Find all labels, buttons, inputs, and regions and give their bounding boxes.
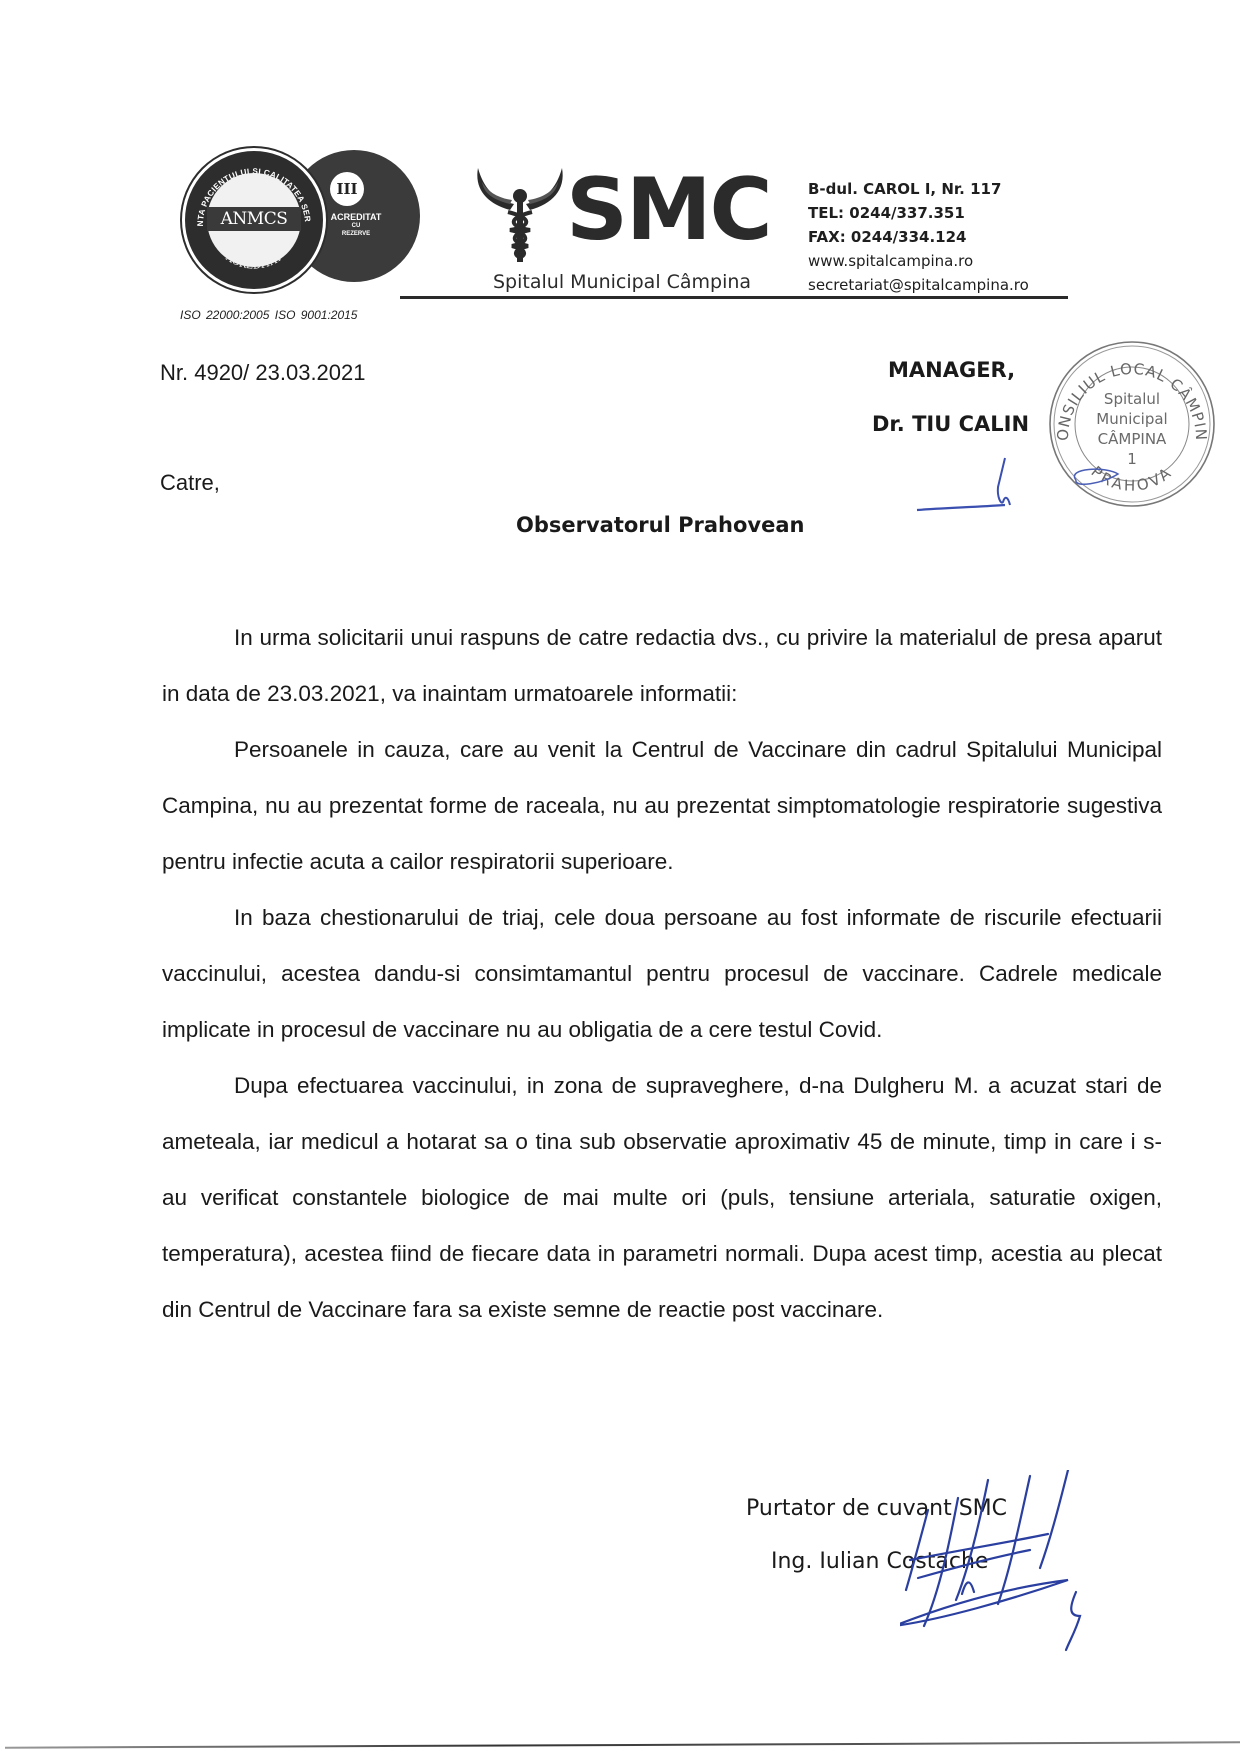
contact-email[interactable]: secretariat@spitalcampina.ro xyxy=(808,273,1029,297)
manager-name: Dr. TIU CALIN xyxy=(872,412,1029,436)
svg-text:1: 1 xyxy=(1127,450,1137,468)
contact-fax: FAX: 0244/334.124 xyxy=(808,225,1029,249)
accreditation-level: III xyxy=(330,172,364,206)
contact-website[interactable]: www.spitalcampina.ro xyxy=(808,249,1029,273)
official-stamp: CONSILIUL LOCAL CÂMPINA PRAHOVA Spitalul… xyxy=(1046,338,1216,508)
contact-tel: TEL: 0244/337.351 xyxy=(808,201,1029,225)
contact-block: B-dul. CAROL I, Nr. 117 TEL: 0244/337.35… xyxy=(808,177,1029,297)
accreditation-status: ACREDITAT CU REZERVE xyxy=(316,212,396,238)
anmcs-label: ANMCS xyxy=(207,207,301,231)
spokesperson-signature-icon xyxy=(900,1470,1160,1670)
iso-certifications: ISO 22000:2005 ISO 9001:2015 xyxy=(180,308,357,322)
manager-title: MANAGER, xyxy=(888,358,1015,382)
body-paragraph: In urma solicitarii unui raspuns de catr… xyxy=(162,610,1162,722)
hospital-name: Spitalul Municipal Câmpina xyxy=(493,271,751,293)
document-number: Nr. 4920/ 23.03.2021 xyxy=(160,360,366,386)
caduceus-icon xyxy=(470,160,570,270)
logo-wordmark: SMC xyxy=(566,160,771,260)
letter-body: In urma solicitarii unui raspuns de catr… xyxy=(162,610,1162,1338)
anmcs-seal: SIGURANTA PACIENTULUI ȘI CALITATEA SERVI… xyxy=(182,148,326,292)
recipient-prefix: Catre, xyxy=(160,470,220,496)
svg-text:Spitalul: Spitalul xyxy=(1104,390,1160,408)
body-paragraph: Dupa efectuarea vaccinului, in zona de s… xyxy=(162,1058,1162,1338)
body-paragraph: Persoanele in cauza, care au venit la Ce… xyxy=(162,722,1162,890)
contact-address: B-dul. CAROL I, Nr. 117 xyxy=(808,177,1029,201)
svg-text:Municipal: Municipal xyxy=(1096,410,1167,428)
svg-text:CÂMPINA: CÂMPINA xyxy=(1098,429,1167,448)
page-edge-line xyxy=(5,1741,1240,1748)
recipient-name: Observatorul Prahovean xyxy=(516,513,804,537)
manager-signature-icon xyxy=(915,455,1015,525)
body-paragraph: In baza chestionarului de triaj, cele do… xyxy=(162,890,1162,1058)
